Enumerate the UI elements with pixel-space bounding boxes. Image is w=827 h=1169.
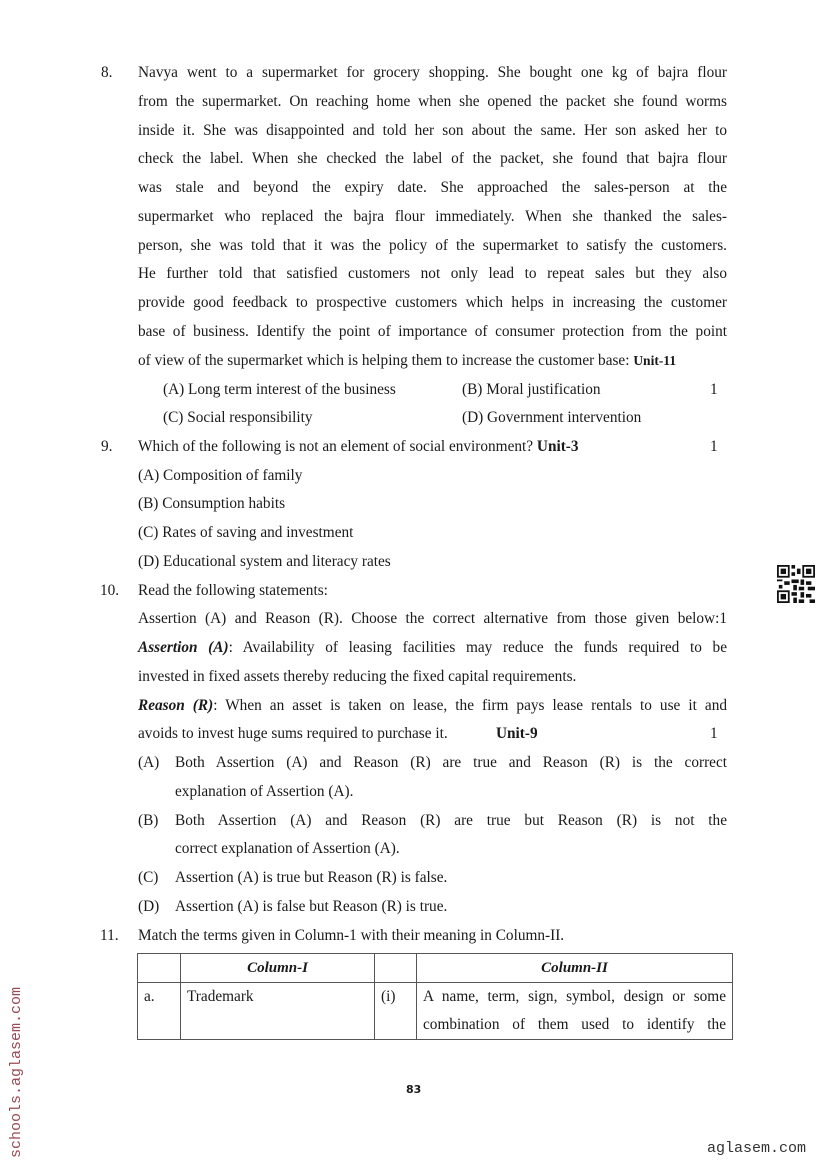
q10-option-b: Both Assertion (A) and Reason (R) are tr… (175, 811, 727, 831)
q10-reason-cont: avoids to invest huge sums required to p… (138, 724, 448, 744)
q10-option-a-cont: explanation of Assertion (A). (175, 782, 353, 802)
q11-text: Match the terms given in Column-1 with t… (138, 926, 564, 946)
unit-label: Unit-11 (633, 353, 676, 368)
row-key: a. (138, 983, 181, 1040)
q10-reason: Reason (R): When an asset is taken on le… (138, 696, 727, 716)
q10-assertion: Assertion (A): Availability of leasing f… (138, 638, 727, 658)
q8-line: inside it. She was disappointed and told… (138, 121, 727, 141)
q8-option-d: (D) Government intervention (462, 408, 641, 428)
row-num: (i) (375, 983, 417, 1040)
q10-option-d: Assertion (A) is false but Reason (R) is… (175, 897, 447, 917)
marks: 1 (710, 437, 718, 457)
q8-line: base of business. Identify the point of … (138, 322, 727, 342)
meaning-line: A name, term, sign, symbol, design or so… (423, 983, 726, 1011)
q10-option-b-cont: correct explanation of Assertion (A). (175, 839, 400, 859)
row-meaning: A name, term, sign, symbol, design or so… (417, 983, 733, 1040)
q10-option-d-label: (D) (138, 897, 159, 917)
q10-option-c-label: (C) (138, 868, 158, 888)
q10-option-a-label: (A) (138, 753, 159, 773)
meaning-line: combination of them used to identify the (423, 1011, 726, 1039)
q8-line: He further told that satisfied customers… (138, 264, 727, 284)
unit-label: Unit-3 (537, 438, 579, 455)
reason-text: : When an asset is taken on lease, the f… (213, 697, 727, 714)
q8-line: check the label. When she checked the la… (138, 149, 727, 169)
q8-line: provide good feedback to prospective cus… (138, 293, 727, 313)
marks: 1 (710, 380, 718, 400)
question-number: 10. (100, 581, 119, 601)
q8-option-a: (A) Long term interest of the business (163, 380, 396, 400)
table-header: Column-I (181, 954, 375, 983)
assertion-label: Assertion (A) (138, 639, 229, 656)
q8-line: of view of the supermarket which is help… (138, 352, 629, 369)
question-number: 8. (101, 63, 112, 83)
question-number: 9. (101, 437, 112, 457)
q10-option-c: Assertion (A) is true but Reason (R) is … (175, 868, 447, 888)
match-table: Column-I Column-II a. Trademark (i) A na… (137, 953, 733, 1040)
q9-option-c: (C) Rates of saving and investment (138, 523, 353, 543)
q8-line: Navya went to a supermarket for grocery … (138, 63, 727, 83)
q10-option-b-label: (B) (138, 811, 158, 831)
question-9-text: Which of the following is not an element… (138, 437, 579, 457)
table-header: Column-II (417, 954, 733, 983)
page-number: 83 (406, 1083, 421, 1096)
assertion-text: : Availability of leasing facilities may… (229, 639, 727, 656)
q10-instruction: Assertion (A) and Reason (R). Choose the… (138, 609, 727, 629)
q9-option-d: (D) Educational system and literacy rate… (138, 552, 391, 572)
q8-option-c: (C) Social responsibility (163, 408, 313, 428)
table-row: a. Trademark (i) A name, term, sign, sym… (138, 983, 733, 1040)
row-term: Trademark (181, 983, 375, 1040)
q9-option-b: (B) Consumption habits (138, 494, 285, 514)
table-header-row: Column-I Column-II (138, 954, 733, 983)
q9-stem: Which of the following is not an element… (138, 438, 533, 455)
table-header (375, 954, 417, 983)
watermark-right: aglasem.com (707, 1140, 806, 1157)
q8-last-line: of view of the supermarket which is help… (138, 351, 676, 371)
question-number: 11. (100, 926, 119, 946)
q8-line: supermarket who replaced the bajra flour… (138, 207, 727, 227)
unit-label: Unit-9 (496, 724, 538, 744)
marks: 1 (710, 724, 718, 744)
qr-code-icon (777, 565, 815, 603)
q8-line: was stale and beyond the expiry date. Sh… (138, 178, 727, 198)
q9-option-a: (A) Composition of family (138, 466, 302, 486)
q10-option-a: Both Assertion (A) and Reason (R) are tr… (175, 753, 727, 773)
watermark-left: schools.aglasem.com (8, 987, 25, 1158)
q8-line: person, she was told that it was the pol… (138, 236, 727, 256)
reason-label: Reason (R) (138, 697, 213, 714)
q8-option-b: (B) Moral justification (462, 380, 601, 400)
q10-intro: Read the following statements: (138, 581, 328, 601)
q10-assertion-cont: invested in fixed assets thereby reducin… (138, 667, 576, 687)
table-header (138, 954, 181, 983)
q8-line: from the supermarket. On reaching home w… (138, 92, 727, 112)
